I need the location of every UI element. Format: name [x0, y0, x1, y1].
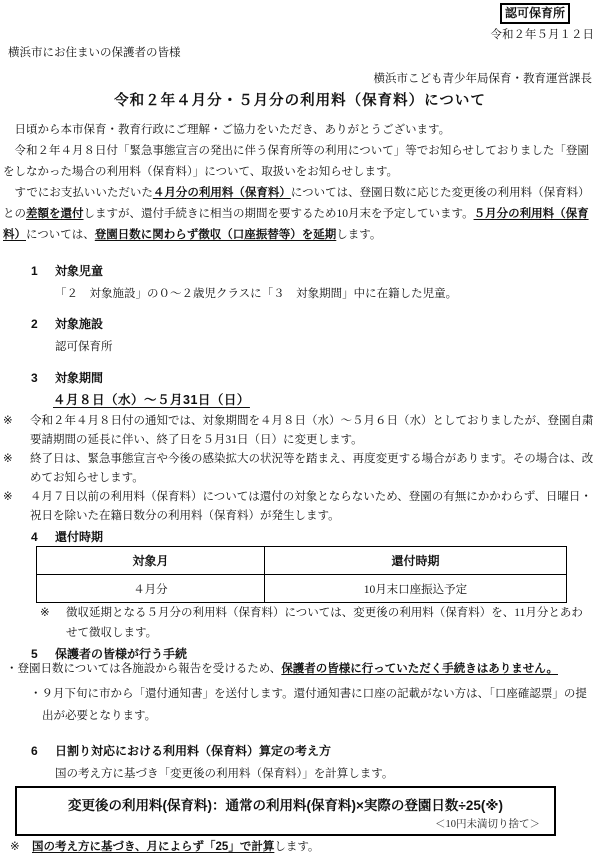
section5-bullet1: ・登園日数については各施設から報告を受けるため、保護者の皆様に行っていただく手続…: [6, 661, 598, 677]
note-text: ４月７日以前の利用料（保育料）については還付の対象とならないため、登園の有無にか…: [30, 491, 592, 522]
intro-paragraph-1: 日頃から本市保育・教育行政にご理解・ご協力をいただき、ありがとうございます。: [3, 120, 597, 141]
bottom-footnote: ※国の考え方に基づき、月によらず「25」で計算します。: [0, 839, 594, 856]
addressee-line: 横浜市にお住まいの保護者の皆様: [8, 44, 181, 60]
section1-title: 対象児童: [55, 264, 103, 278]
header-refund-time: 還付時期: [264, 547, 566, 575]
section3-notes: ※令和２年４月８日付の通知では、対象期間を４月８日（水）～５月６日（水）としてお…: [0, 412, 596, 526]
cell-refund-time: 10月末口座振込予定: [264, 575, 566, 603]
section2-number: 2: [31, 315, 55, 333]
note-text: 徴収延期となる５月分の利用料（保育料）については、変更後の利用料（保育料）を、1…: [66, 607, 583, 639]
refund-schedule-table: 対象月 還付時期 ４月分 10月末口座振込予定: [36, 546, 567, 603]
section3-number: 3: [31, 369, 55, 387]
note-marker: ※: [3, 412, 13, 431]
note-item: ※４月７日以前の利用料（保育料）については還付の対象とならないため、登園の有無に…: [0, 488, 596, 526]
section5-title: 保護者の皆様が行う手続: [55, 647, 187, 661]
section1-body: 「２ 対象施設」の０～２歳児クラスに「３ 対象期間」中に在籍した児童。: [55, 284, 594, 304]
section3-heading: 3対象期間: [0, 369, 103, 387]
facility-type-tag: 認可保育所: [500, 3, 570, 24]
note-marker: ※: [10, 839, 20, 856]
section3-title: 対象期間: [55, 371, 103, 385]
section6-title: 日割り対応における利用料（保育料）算定の考え方: [55, 744, 331, 758]
section2-heading: 2対象施設: [0, 315, 103, 333]
section2-body: 認可保育所: [55, 337, 594, 357]
table-row: ４月分 10月末口座振込予定: [37, 575, 567, 603]
formula-box: 変更後の利用料(保育料)：通常の利用料(保育料)×実際の登園日数÷25(※) ＜…: [15, 786, 556, 836]
intro-paragraph-3: すでにお支払いいただいた４月分の利用料（保育料）については、登園日数に応じた変更…: [3, 183, 597, 246]
note-item: ※令和２年４月８日付の通知では、対象期間を４月８日（水）～５月６日（水）としてお…: [0, 412, 596, 450]
note-text: 令和２年４月８日付の通知では、対象期間を４月８日（水）～５月６日（水）としており…: [30, 415, 594, 446]
note-text: 終了日は、緊急事態宣言や今後の感染拡大の状況等を踏まえ、再度変更する場合がありま…: [30, 453, 593, 484]
note-item: ※終了日は、緊急事態宣言や今後の感染拡大の状況等を踏まえ、再度変更する場合があり…: [0, 450, 596, 488]
table-header-row: 対象月 還付時期: [37, 547, 567, 575]
document-date: 令和２年５月１２日: [491, 26, 595, 42]
section4-title: 還付時期: [55, 530, 103, 544]
section6-number: 6: [31, 742, 55, 760]
section1-number: 1: [31, 262, 55, 280]
section5-bullet2: ・９月下旬に市から「還付通知書」を送付します。還付通知書に口座の記載がない方は、…: [0, 683, 592, 727]
section1-heading: 1対象児童: [0, 262, 103, 280]
note-marker: ※: [3, 488, 13, 507]
footnote-text: 国の考え方に基づき、月によらず「25」で計算します。: [32, 841, 319, 853]
formula-rounding-note: ＜10円未満切り捨て＞: [17, 816, 554, 831]
section4-heading: 4還付時期: [0, 528, 103, 546]
note-marker: ※: [40, 603, 50, 623]
header-target-month: 対象月: [37, 547, 265, 575]
section6-heading: 6日割り対応における利用料（保育料）算定の考え方: [0, 742, 331, 760]
section4-note: ※徴収延期となる５月分の利用料（保育料）については、変更後の利用料（保育料）を、…: [0, 603, 590, 643]
document-page: 認可保育所 令和２年５月１２日 横浜市にお住まいの保護者の皆様 横浜市こども青少…: [0, 0, 600, 860]
note-marker: ※: [3, 450, 13, 469]
formula-text: 変更後の利用料(保育料)：通常の利用料(保育料)×実際の登園日数÷25(※): [17, 794, 554, 814]
target-period-value: ４月８日（水）～５月31日（日）: [53, 390, 250, 408]
section6-body: 国の考え方に基づき「変更後の利用料（保育料）」を計算します。: [55, 764, 594, 784]
section4-number: 4: [31, 528, 55, 546]
document-title: 令和２年４月分・５月分の利用料（保育料）について: [0, 89, 600, 110]
intro-paragraph-2: 令和２年４月８日付「緊急事態宣言の発出に伴う保育所等の利用について」等でお知らせ…: [3, 141, 597, 183]
cell-target-month: ４月分: [37, 575, 265, 603]
sender-line: 横浜市こども青少年局保育・教育運営課長: [374, 70, 593, 86]
section2-title: 対象施設: [55, 317, 103, 331]
